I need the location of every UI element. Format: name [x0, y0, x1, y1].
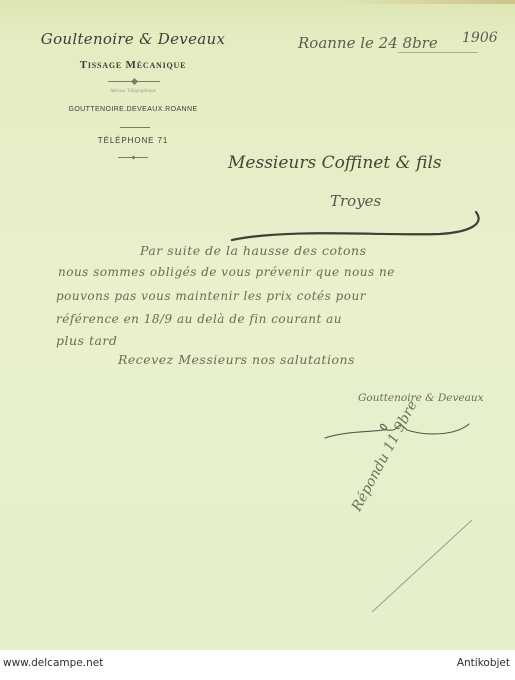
signature: Gouttenoire & Deveaux [358, 392, 484, 404]
source-site-label: www.delcampe.net [3, 657, 103, 669]
ornament-divider [108, 81, 160, 82]
footer-bar: www.delcampe.net Antikobjet [0, 650, 515, 680]
company-activity: Tissage Mécanique [80, 59, 187, 71]
telegraph-label: Adresse Télégraphique [110, 89, 156, 94]
recipient-name: Messieurs Coffinet & fils [228, 153, 442, 173]
letter-paper: Goultenoire & Deveaux Tissage Mécanique … [0, 0, 515, 650]
telephone-number: TÉLÉPHONE 71 [98, 136, 168, 145]
recipient-city: Troyes [330, 192, 381, 210]
body-line: pouvons pas vous maintenir les prix coté… [56, 289, 366, 303]
body-line: Par suite de la hausse des cotons [140, 243, 367, 258]
seller-label: Antikobjet [457, 657, 510, 669]
place-and-date: Roanne le 24 8bre [298, 34, 438, 52]
divider-line [120, 127, 150, 128]
closing-line: Recevez Messieurs nos salutations [118, 352, 355, 367]
body-line: nous sommes obligés de vous prévenir que… [58, 265, 395, 279]
date-underline [398, 52, 478, 53]
year: 1906 [462, 30, 498, 46]
body-line: référence en 18/9 au delà de fin courant… [56, 312, 342, 326]
ornament-divider [118, 157, 148, 158]
body-line: plus tard [56, 333, 117, 348]
company-name: Goultenoire & Deveaux [41, 30, 225, 48]
telegraph-address: GOUTTENOIRE.DEVEAUX.ROANNE [68, 106, 197, 113]
